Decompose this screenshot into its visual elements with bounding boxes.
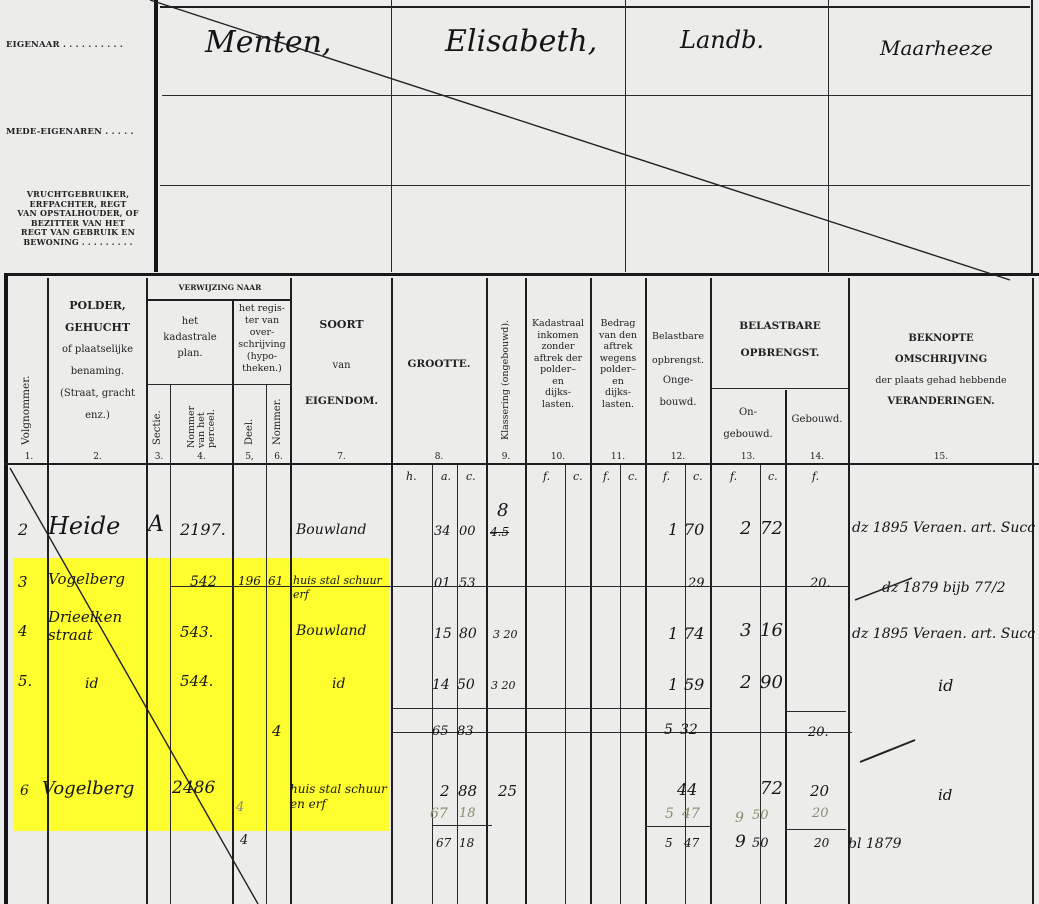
unit-label: f. (812, 470, 819, 483)
row-polder: id (85, 676, 98, 692)
row-volgnummer: 6 (20, 783, 29, 799)
row-centiare: 80 (459, 626, 477, 642)
row-deel: 4 (236, 800, 244, 815)
col3-number: 3. (148, 452, 170, 462)
row-c13-faint: 50 (752, 808, 769, 823)
owner-surname: Menten, (205, 25, 331, 60)
header-line: der plaats gehad hebbende (850, 370, 1032, 391)
col6-header: Nommer. (272, 398, 283, 445)
row-deel: 196 (238, 574, 261, 588)
unit-label: a. (441, 470, 451, 483)
subheader-line (148, 384, 292, 385)
unit-label: c. (768, 470, 778, 483)
row-perceel: 544. (180, 672, 213, 690)
col9-number: 9. (487, 452, 525, 462)
row-nommer: 4 (272, 722, 282, 740)
col-line (146, 558, 148, 831)
col5-number: 5, (233, 452, 266, 462)
row-c13: 90 (760, 672, 783, 693)
row-c12-faint: 47 (682, 806, 700, 822)
row-centiare: 53 (459, 576, 476, 591)
row-centiare: 83 (457, 724, 474, 739)
total-deel: 4 (240, 833, 248, 848)
header-line: POLDER, (50, 295, 145, 317)
header-line: enz.) (50, 405, 145, 427)
owner-residence: Maarheeze (880, 36, 993, 60)
subtotal-rule (645, 826, 710, 827)
row-are: 34 (434, 524, 451, 539)
belastbare-subline (711, 388, 849, 389)
unit-label: f. (730, 470, 737, 483)
mede-eigenaren-label: MEDE-EIGENAREN . . . . . (6, 128, 134, 137)
cadastral-register-page: EIGENAAR . . . . . . . . . . MEDE-EIGENA… (0, 0, 1039, 904)
col-line (710, 278, 712, 904)
unit-label: c. (628, 470, 638, 483)
belastbare-header: BELASTBARE OPBRENGST. (711, 313, 849, 367)
header-line: Belastbare (646, 325, 710, 349)
col11-header: Bedrag van den aftrek wegens polder– en … (591, 318, 645, 410)
col5-header: Deel. (244, 419, 255, 445)
row-soort: Bouwland (296, 522, 367, 538)
row-polder: Vogelberg (48, 570, 125, 588)
col7-number: 7. (292, 452, 391, 462)
row-polder: Heide (48, 512, 120, 540)
row-perceel: 542 (190, 574, 217, 590)
total-remark: bl 1879 (848, 836, 902, 852)
row-f12: 5 (664, 722, 673, 738)
header-line: Onge- (646, 370, 710, 392)
unit-label: f. (543, 470, 550, 483)
unit-label: h. (406, 470, 417, 483)
unit-label: c. (693, 470, 703, 483)
col6-number: 6. (267, 452, 290, 462)
row-volgnummer: 5. (18, 672, 32, 690)
row-f12-faint: 5 (665, 806, 674, 822)
total-f12: 5 (665, 836, 673, 850)
row-polder: Drieeiken straat (48, 608, 143, 644)
row-c13: 72 (760, 778, 783, 799)
row-polder: Vogelberg (42, 778, 134, 799)
col4-header: Nommer van het perceel. (187, 388, 217, 448)
total-are: 67 (436, 836, 451, 850)
owner-col-line-1 (391, 0, 392, 272)
col13-number: 13. (711, 452, 785, 462)
col12-header: Belastbare opbrengst. (646, 325, 710, 373)
row-are: 2 (440, 782, 450, 800)
col12-number: 12. (646, 452, 710, 462)
subtotal-rule (432, 825, 492, 826)
row-remark: dz 1879 bijb 77/2 (882, 580, 1006, 596)
row-are: 01 (434, 576, 451, 591)
owner-left-border (154, 0, 158, 272)
row-volgnummer: 3 (18, 573, 28, 591)
unit-label: f. (603, 470, 610, 483)
row-volgnummer: 4 (18, 622, 28, 640)
header-line: OMSCHRIJVING (850, 349, 1032, 370)
row-centiare: 88 (458, 782, 477, 800)
vruchtgebruiker-label: VRUCHTGEBRUIKER, ERFPACHTER, REGT VAN OP… (4, 190, 152, 247)
row-c12: 32 (680, 722, 698, 738)
col7-header-line: SOORT (292, 318, 391, 331)
header-line: VERANDERINGEN. (850, 391, 1032, 412)
header-line: bouwd. (646, 392, 710, 414)
col14-number: 14. (786, 452, 848, 462)
col3-header: Sectie. (152, 410, 163, 445)
table-left-border (4, 273, 8, 904)
row-centiare: 00 (459, 524, 476, 539)
row-c12: 74 (684, 624, 704, 643)
row-soort: huis stal schuur erf (293, 574, 388, 602)
row-centiare-faint: 18 (459, 806, 476, 821)
total-c12: 47 (684, 836, 699, 850)
row-f14: 20. (810, 576, 831, 591)
col8-header: GROOTTE. (392, 358, 486, 370)
row-f14-faint: 20 (812, 806, 829, 821)
owner-row-line-2 (160, 185, 1030, 186)
header-line: (Straat, gracht (50, 383, 145, 405)
row-c13: 72 (760, 518, 783, 539)
total-f13: 9 (735, 832, 746, 852)
col2-number: 2. (50, 452, 145, 462)
row-f13-faint: 9 (735, 810, 744, 826)
verwijzing-header: VERWIJZING NAAR (148, 283, 292, 292)
col15-number: 15. (850, 452, 1032, 462)
row-are: 14 (432, 677, 450, 693)
row-f13: 2 (740, 672, 751, 693)
row-soort: Bouwland (296, 623, 367, 639)
row-f13: 2 (740, 518, 751, 539)
header-line: benaming. (50, 361, 145, 383)
row-c12: 59 (684, 675, 704, 694)
row-c12: 29 (688, 576, 705, 591)
unit-label: c. (573, 470, 583, 483)
row-f14: 20 (810, 782, 829, 800)
col-line (1032, 278, 1034, 904)
row-soort: id (332, 676, 345, 692)
col9-header: Klassering (ongebouwd). (500, 320, 511, 440)
table-top-border (4, 273, 1039, 276)
row-f12: 1 (668, 675, 678, 694)
owner-occupation: Landb. (680, 26, 764, 54)
row-c12: 44 (677, 780, 697, 799)
col1-number: 1. (14, 452, 44, 462)
row-centiare: 50 (457, 677, 475, 693)
header-line: GEHUCHT (50, 317, 145, 339)
col-line (232, 558, 234, 831)
col-line (785, 390, 787, 904)
col-line (391, 278, 393, 904)
owner-firstname: Elisabeth, (445, 24, 597, 59)
col10-header: Kadastraal inkomen zonder aftrek der pol… (526, 318, 590, 410)
col15-header: BEKNOPTE OMSCHRIJVING der plaats gehad h… (850, 328, 1032, 412)
row-remark: id (938, 786, 952, 804)
col-line (565, 465, 566, 904)
row-are: 65 (432, 724, 449, 739)
row-soort: huis stal schuur en erf (290, 782, 390, 812)
col-line (486, 278, 488, 904)
col-line (620, 465, 621, 904)
subtotal-rule (786, 829, 846, 830)
col12-header-sub: Onge- bouwd. (646, 370, 710, 414)
row-f13: 3 (740, 620, 751, 641)
row-rule (786, 711, 846, 712)
row-f14: 20. (808, 725, 829, 740)
unit-label: f. (663, 470, 670, 483)
total-c13: 50 (752, 836, 769, 851)
header-bottom-line (4, 463, 1039, 465)
owner-col-line-3 (828, 0, 829, 272)
col7-header-line: EIGENDOM. (292, 395, 391, 407)
col-line (266, 558, 267, 831)
header-line: of plaatselijke (50, 339, 145, 361)
row-are: 15 (434, 626, 452, 642)
kadastrale-plan-header: het kadastrale plan. (148, 314, 232, 362)
unit-label: c. (466, 470, 476, 483)
owner-top-line (160, 6, 1030, 8)
row-c12: 70 (684, 520, 704, 539)
row-f12: 1 (668, 624, 678, 643)
col10-number: 10. (526, 452, 590, 462)
verwijzing-underline (148, 299, 292, 301)
owner-col-line-2 (625, 0, 626, 272)
row-remark: dz 1895 Veraen. art. Succ 73/1 (852, 520, 1039, 536)
col4-number: 4. (171, 452, 232, 462)
row-klassering: 3 20 (493, 628, 518, 641)
col8-number: 8. (392, 452, 486, 462)
total-f14: 20 (814, 836, 829, 850)
register-header: het regis- ter van over- schrijving (hyp… (233, 303, 291, 375)
col14-header: Gebouwd. (786, 414, 848, 425)
row-perceel: 2486 (172, 778, 215, 798)
owner-right-border (1031, 0, 1033, 275)
row-rule (392, 708, 710, 709)
col11-number: 11. (591, 452, 645, 462)
col-line (170, 558, 171, 831)
col1-header: Volgnommer. (20, 376, 32, 445)
row-klassering-old: 4.5 (490, 525, 509, 539)
row-are-faint: 67 (430, 806, 448, 822)
row-klassering: 8 (497, 500, 508, 521)
row-f12: 1 (668, 520, 678, 539)
row-klassering: 25 (498, 782, 517, 800)
eigenaar-label: EIGENAAR . . . . . . . . . . (6, 41, 123, 50)
row-sectie: A (148, 512, 164, 537)
col13-header: On- gebouwd. (711, 402, 785, 446)
row-volgnummer: 2 (18, 520, 28, 539)
row-nommer: 61 (268, 574, 283, 588)
total-centiare: 18 (459, 836, 474, 850)
row-klassering: 3 20 (491, 679, 516, 692)
col7-header-line: van (292, 360, 391, 371)
row-perceel: 2197. (180, 520, 226, 539)
row-remark: id (938, 676, 953, 695)
row-perceel: 543. (180, 623, 213, 641)
owner-row-line-1 (162, 95, 1032, 96)
row-remark: dz 1895 Veraen. art. Succ 73/1 (852, 626, 1039, 642)
row-c13: 16 (760, 620, 783, 641)
col2-header: POLDER, GEHUCHT of plaatselijke benaming… (50, 295, 145, 427)
header-line: BEKNOPTE (850, 328, 1032, 349)
